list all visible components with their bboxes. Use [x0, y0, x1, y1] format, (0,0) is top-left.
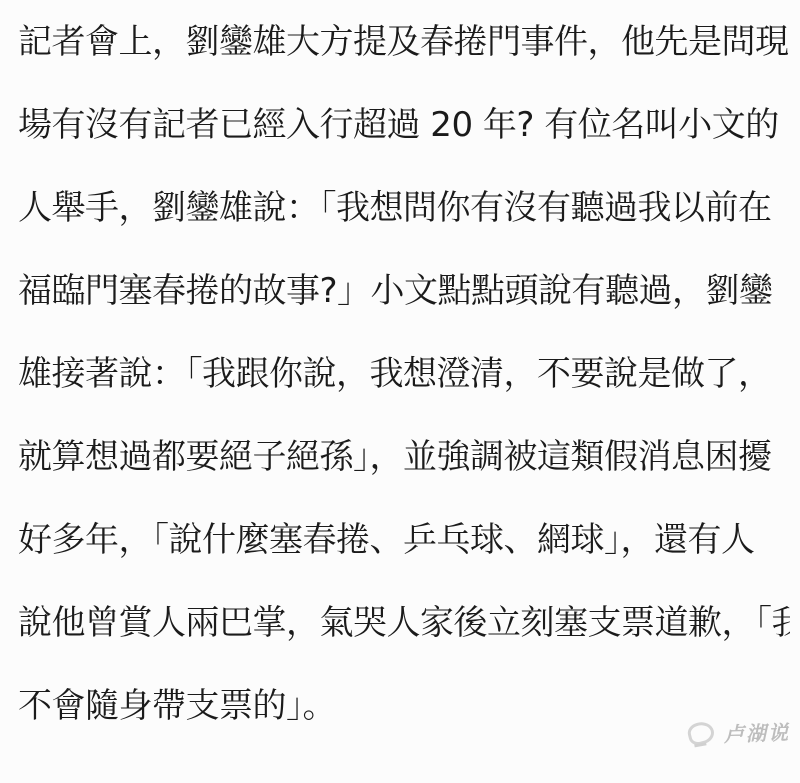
publisher-watermark: 卢湖说: [686, 716, 791, 749]
article-line: 雄接著說：「我跟你說，我想澄清，不要說是做了，: [18, 333, 790, 416]
publisher-logo-icon: [686, 719, 717, 748]
article-line: 說他曾賞人兩巴掌，氣哭人家後立刻塞支票道歉，「我: [18, 582, 790, 665]
article-line: 不會隨身帶支票的」。: [18, 665, 790, 748]
article-line: 記者會上，劉鑾雄大方提及春捲門事件，他先是問現: [18, 1, 790, 84]
article-line: 人舉手，劉鑾雄說：「我想問你有沒有聽過我以前在: [18, 167, 790, 250]
article-line: 場有沒有記者已經入行超過 20 年? 有位名叫小文的: [18, 84, 790, 167]
article-line: 就算想過都要絕子絕孫」，並強調被這類假消息困擾: [18, 416, 790, 499]
watermark-text: 卢湖说: [724, 716, 791, 747]
article-line: 福臨門塞春捲的故事?」小文點點頭說有聽過，劉鑾: [18, 250, 790, 333]
article-body: 記者會上，劉鑾雄大方提及春捲門事件，他先是問現 場有沒有記者已經入行超過 20 …: [0, 0, 800, 748]
article-line: 好多年，「說什麼塞春捲、乒乓球、網球」，還有人: [18, 499, 790, 582]
